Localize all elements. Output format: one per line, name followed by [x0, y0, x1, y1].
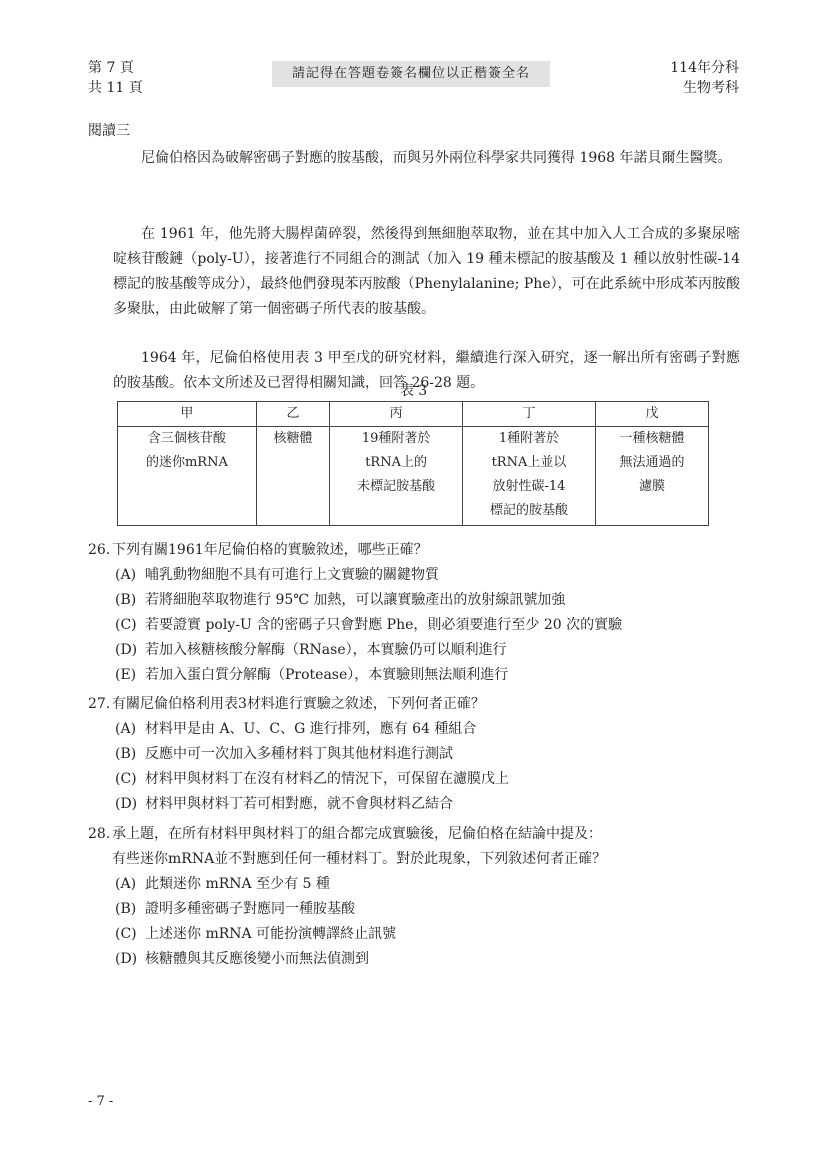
question-stem: 26.下列有關1961年尼倫伯格的實驗敘述，哪些正確？ — [88, 538, 738, 563]
option-label: (A) — [115, 717, 145, 742]
option-e: (E)若加入蛋白質分解酶（Protease），本實驗則無法順利進行 — [88, 663, 738, 688]
exam-info: 114年分科 生物考科 — [670, 58, 739, 98]
table-header: 乙 — [256, 402, 329, 427]
question-text: 下列有關1961年尼倫伯格的實驗敘述，哪些正確？ — [112, 542, 428, 558]
page-total: 共 11 頁 — [88, 78, 143, 98]
cell-line: 一種核糖體 — [600, 427, 704, 451]
table-header: 丁 — [463, 402, 596, 427]
question-stem-continued: 有些迷你mRNA並不對應到任何一種材料丁。對於此現象，下列敘述何者正確？ — [88, 847, 738, 872]
cell-line: tRNA上並以 — [467, 451, 591, 475]
cell-line: 核糖體 — [261, 427, 325, 451]
cell-line: 標記的胺基酸 — [467, 499, 591, 523]
option-d: (D)若加入核糖核酸分解酶（RNase），本實驗仍可以順利進行 — [88, 638, 738, 663]
cell-line: 含三個核苷酸 — [122, 427, 252, 451]
table-header: 戊 — [595, 402, 708, 427]
option-b: (B)反應中可一次加入多種材料丁與其他材料進行測試 — [88, 742, 738, 767]
option-text: 反應中可一次加入多種材料丁與其他材料進行測試 — [145, 746, 453, 762]
option-label: (D) — [115, 792, 145, 817]
option-label: (C) — [115, 922, 145, 947]
option-text: 此類迷你 mRNA 至少有 5 種 — [145, 876, 330, 892]
reading-paragraph: 在 1961 年，他先將大腸桿菌碎裂，然後得到無細胞萃取物，並在其中加入人工合成… — [113, 222, 740, 322]
option-text: 若要證實 poly-U 含的密碼子只會對應 Phe，則必須要進行至少 20 次的… — [145, 617, 622, 633]
page-footer-number: - 7 - — [88, 1094, 113, 1109]
question-stem: 27.有關尼倫伯格利用表3材料進行實驗之敘述，下列何者正確？ — [88, 692, 738, 717]
materials-table: 甲 乙 丙 丁 戊 含三個核苷酸 的迷你mRNA 核糖體 19種附著於 tRNA… — [117, 401, 709, 526]
option-text: 若加入蛋白質分解酶（Protease），本實驗則無法順利進行 — [145, 667, 508, 683]
cell-line: tRNA上的 — [334, 451, 458, 475]
cell-line: 濾膜 — [600, 475, 704, 499]
cell-line: 未標記胺基酸 — [334, 475, 458, 499]
option-label: (B) — [115, 742, 145, 767]
exam-year: 114年分科 — [670, 58, 739, 78]
option-c: (C)上述迷你 mRNA 可能扮演轉譯終止訊號 — [88, 922, 738, 947]
cell-line: 放射性碳-14 — [467, 475, 591, 499]
cell-line: 1種附著於 — [467, 427, 591, 451]
option-label: (D) — [115, 947, 145, 972]
question-number: 27. — [88, 692, 112, 717]
table-cell: 19種附著於 tRNA上的 未標記胺基酸 — [330, 427, 463, 526]
option-text: 核糖體與其反應後變小而無法偵測到 — [145, 951, 369, 967]
option-label: (A) — [115, 563, 145, 588]
option-d: (D)核糖體與其反應後變小而無法偵測到 — [88, 947, 738, 972]
table-header: 甲 — [118, 402, 257, 427]
option-text: 材料甲與材料丁在沒有材料乙的情況下，可保留在濾膜戊上 — [145, 771, 509, 787]
exam-subject: 生物考科 — [670, 78, 739, 98]
cell-line: 無法通過的 — [600, 451, 704, 475]
table-caption: 表 3 — [0, 380, 827, 400]
table-row: 含三個核苷酸 的迷你mRNA 核糖體 19種附著於 tRNA上的 未標記胺基酸 … — [118, 427, 709, 526]
question-text: 承上題，在所有材料甲與材料丁的組合都完成實驗後，尼倫伯格在結論中提及： — [112, 826, 602, 842]
question-text: 有關尼倫伯格利用表3材料進行實驗之敘述，下列何者正確？ — [112, 696, 485, 712]
cell-line: 的迷你mRNA — [122, 451, 252, 475]
table-cell: 1種附著於 tRNA上並以 放射性碳-14 標記的胺基酸 — [463, 427, 596, 526]
option-label: (B) — [115, 588, 145, 613]
option-label: (C) — [115, 767, 145, 792]
option-text: 上述迷你 mRNA 可能扮演轉譯終止訊號 — [145, 926, 396, 942]
option-text: 材料甲與材料丁若可相對應，就不會與材料乙結合 — [145, 796, 453, 812]
page-indicator: 第 7 頁 共 11 頁 — [88, 58, 143, 98]
question-28: 28.承上題，在所有材料甲與材料丁的組合都完成實驗後，尼倫伯格在結論中提及： 有… — [88, 822, 738, 972]
page-current: 第 7 頁 — [88, 58, 143, 78]
option-label: (D) — [115, 638, 145, 663]
table-cell: 含三個核苷酸 的迷你mRNA — [118, 427, 257, 526]
reading-title: 閱讀三 — [88, 120, 130, 140]
option-text: 材料甲是由 A、U、C、G 進行排列，應有 64 種組合 — [145, 721, 476, 737]
option-label: (E) — [115, 663, 145, 688]
question-number: 28. — [88, 822, 112, 847]
cell-line: 19種附著於 — [334, 427, 458, 451]
option-text: 若將細胞萃取物進行 95℃ 加熱，可以讓實驗產出的放射線訊號加強 — [145, 592, 565, 608]
reading-paragraph: 尼倫伯格因為破解密碼子對應的胺基酸，而與另外兩位科學家共同獲得 1968 年諾貝… — [113, 146, 740, 171]
option-text: 證明多種密碼子對應同一種胺基酸 — [145, 901, 355, 917]
option-c: (C)若要證實 poly-U 含的密碼子只會對應 Phe，則必須要進行至少 20… — [88, 613, 738, 638]
option-d: (D)材料甲與材料丁若可相對應，就不會與材料乙結合 — [88, 792, 738, 817]
question-26: 26.下列有關1961年尼倫伯格的實驗敘述，哪些正確？ (A)哺乳動物細胞不具有… — [88, 538, 738, 688]
option-a: (A)此類迷你 mRNA 至少有 5 種 — [88, 872, 738, 897]
question-27: 27.有關尼倫伯格利用表3材料進行實驗之敘述，下列何者正確？ (A)材料甲是由 … — [88, 692, 738, 817]
table-header-row: 甲 乙 丙 丁 戊 — [118, 402, 709, 427]
option-b: (B)若將細胞萃取物進行 95℃ 加熱，可以讓實驗產出的放射線訊號加強 — [88, 588, 738, 613]
table-header: 丙 — [330, 402, 463, 427]
table-cell: 一種核糖體 無法通過的 濾膜 — [595, 427, 708, 526]
question-stem: 28.承上題，在所有材料甲與材料丁的組合都完成實驗後，尼倫伯格在結論中提及： — [88, 822, 738, 847]
option-text: 哺乳動物細胞不具有可進行上文實驗的關鍵物質 — [145, 567, 439, 583]
signature-notice: 請記得在答題卷簽名欄位以正楷簽全名 — [272, 61, 550, 87]
option-label: (B) — [115, 897, 145, 922]
table-cell: 核糖體 — [256, 427, 329, 526]
option-a: (A)材料甲是由 A、U、C、G 進行排列，應有 64 種組合 — [88, 717, 738, 742]
option-a: (A)哺乳動物細胞不具有可進行上文實驗的關鍵物質 — [88, 563, 738, 588]
question-number: 26. — [88, 538, 112, 563]
option-c: (C)材料甲與材料丁在沒有材料乙的情況下，可保留在濾膜戊上 — [88, 767, 738, 792]
option-label: (C) — [115, 613, 145, 638]
option-text: 若加入核糖核酸分解酶（RNase），本實驗仍可以順利進行 — [145, 642, 507, 658]
option-b: (B)證明多種密碼子對應同一種胺基酸 — [88, 897, 738, 922]
option-label: (A) — [115, 872, 145, 897]
